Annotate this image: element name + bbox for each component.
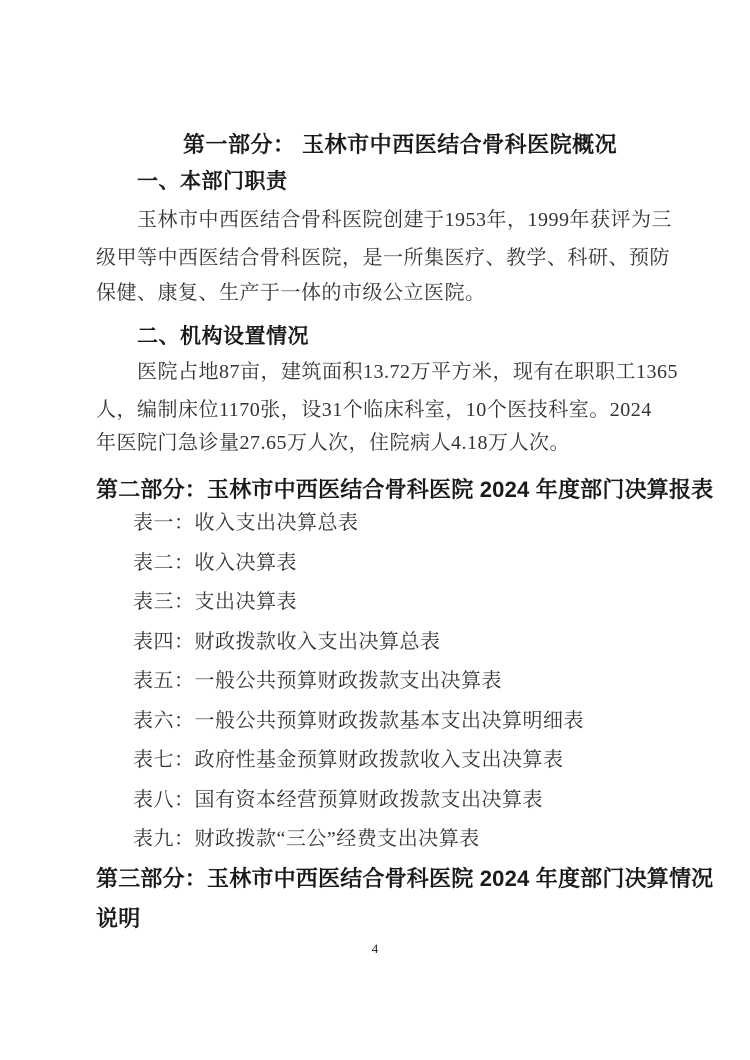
section2-heading: 二、机构设置情况 bbox=[137, 323, 309, 351]
table-list-item: 表九：财政拨款“三公”经费支出决算表 bbox=[133, 825, 480, 853]
paragraph-line: 人，编制床位1170张，设31个临床科室，10个医技科室。2024 bbox=[96, 396, 652, 424]
table-list-item: 表三：支出决算表 bbox=[133, 588, 297, 616]
table-list-item: 表六：一般公共预算财政拨款基本支出决算明细表 bbox=[133, 707, 584, 735]
paragraph-line: 保健、康复、生产于一体的市级公立医院。 bbox=[96, 279, 486, 307]
document-page: 第一部分： 玉林市中西医结合骨科医院概况 一、本部门职责 玉林市中西医结合骨科医… bbox=[0, 0, 750, 1060]
table-list-item: 表八：国有资本经营预算财政拨款支出决算表 bbox=[133, 786, 543, 814]
part1-title: 第一部分： 玉林市中西医结合骨科医院概况 bbox=[183, 131, 617, 159]
section1-heading: 一、本部门职责 bbox=[137, 168, 288, 196]
part2-title: 第二部分：玉林市中西医结合骨科医院 2024 年度部门决算报表 bbox=[96, 476, 713, 504]
table-list-item: 表二：收入决算表 bbox=[133, 549, 297, 577]
paragraph-line: 年医院门急诊量27.65万人次，住院病人4.18万人次。 bbox=[96, 429, 570, 457]
page-number: 4 bbox=[0, 941, 750, 957]
table-list-item: 表五：一般公共预算财政拨款支出决算表 bbox=[133, 667, 502, 695]
paragraph-line: 级甲等中西医结合骨科医院，是一所集医疗、教学、科研、预防 bbox=[96, 244, 670, 272]
paragraph-line: 玉林市中西医结合骨科医院创建于1953年，1999年获评为三 bbox=[137, 206, 672, 234]
table-list-item: 表七：政府性基金预算财政拨款收入支出决算表 bbox=[133, 746, 564, 774]
table-list-item: 表四：财政拨款收入支出决算总表 bbox=[133, 628, 441, 656]
paragraph-line: 医院占地87亩，建筑面积13.72万平方米，现有在职职工1365 bbox=[137, 358, 678, 386]
table-list-item: 表一：收入支出决算总表 bbox=[133, 509, 359, 537]
part3-title-line2: 说明 bbox=[96, 905, 140, 933]
part3-title-line1: 第三部分：玉林市中西医结合骨科医院 2024 年度部门决算情况 bbox=[96, 865, 713, 893]
